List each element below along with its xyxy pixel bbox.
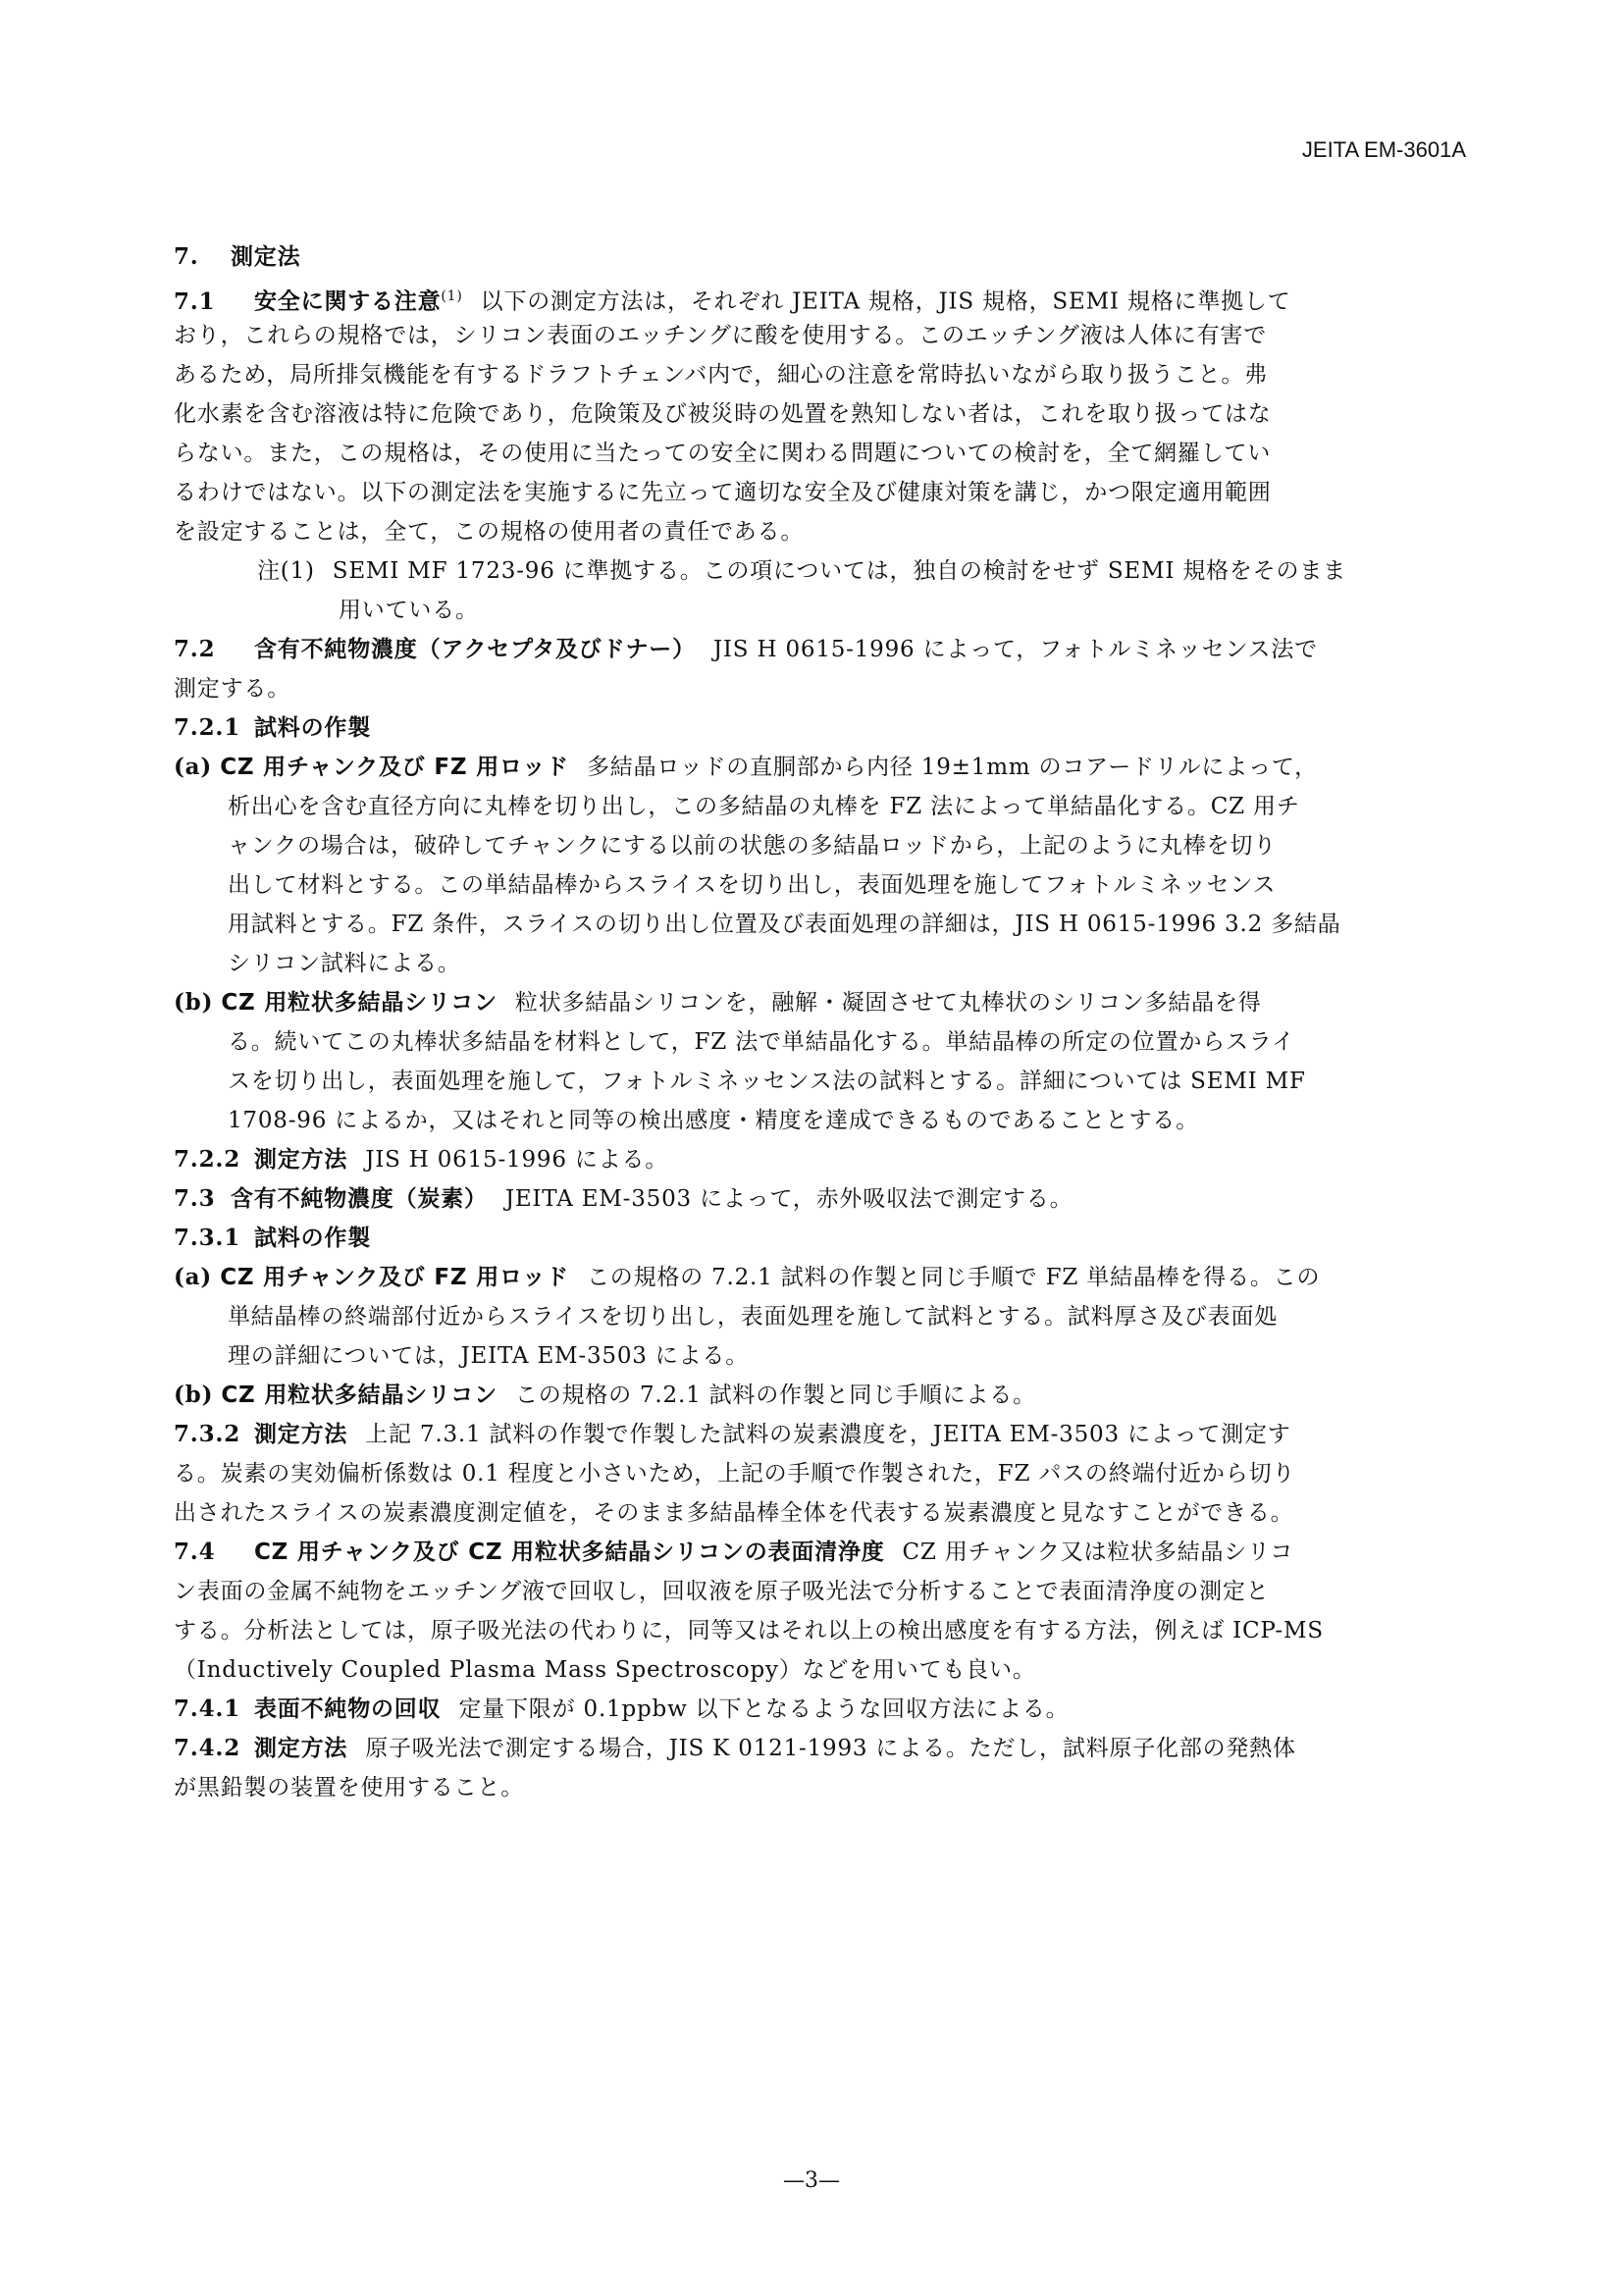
paragraph-text: 上記 7.3.1 試料の作製で作製した試料の炭素濃度を，JEITA EM-350… [365, 1422, 1290, 1447]
section-title: CZ 用チャンク及び CZ 用粒状多結晶シリコンの表面清浄度 [254, 1539, 885, 1565]
paragraph-line: を設定することは，全て，この規格の使用者の責任である。 [174, 512, 1469, 551]
document-body: 7.測定法 7.1安全に関する注意(1)以下の測定方法は，それぞれ JEITA … [174, 237, 1469, 1807]
item-line: る。続いてこの丸棒状多結晶を材料として，FZ 法で単結晶化する。単結晶棒の所定の… [174, 1022, 1469, 1062]
section-7-2-line-1: 7.2含有不純物濃度（アクセプタ及びドナー）JIS H 0615-1996 によ… [174, 630, 1469, 669]
section-number: 7.4 [174, 1533, 254, 1572]
item-b-line-1: (b) CZ 用粒状多結晶シリコン粒状多結晶シリコンを，融解・凝固させて丸棒状の… [174, 983, 1469, 1022]
paragraph-line: 化水素を含む溶液は特に危険であり，危険策及び被災時の処置を熟知しない者は，これを… [174, 394, 1469, 434]
section-7-3: 7.3含有不純物濃度（炭素）JEITA EM-3503 によって，赤外吸収法で測… [174, 1179, 1469, 1219]
item-title: CZ 用粒状多結晶シリコン [221, 990, 497, 1016]
paragraph-line: あるため，局所排気機能を有するドラフトチェンバ内で，細心の注意を常時払いながら取… [174, 355, 1469, 394]
paragraph-line: 測定する。 [174, 669, 1469, 708]
item-label: (b) [174, 1382, 213, 1408]
section-7-3-1-heading: 7.3.1試料の作製 [174, 1219, 1469, 1258]
paragraph-line: るわけではない。以下の測定法を実施するに先立って適切な安全及び健康対策を講じ，か… [174, 473, 1469, 512]
item-title: CZ 用チャンク及び FZ 用ロッド [220, 1265, 569, 1290]
page-number: —3— [0, 2168, 1623, 2193]
section-7-4-2-line-1: 7.4.2測定方法原子吸光法で測定する場合，JIS K 0121-1993 によ… [174, 1729, 1469, 1768]
item-text: この規格の 7.2.1 試料の作製と同じ手順で FZ 単結晶棒を得る。この [587, 1265, 1320, 1290]
paragraph-line: らない。また，この規格は，その使用に当たっての安全に関わる問題についての検討を，… [174, 434, 1469, 473]
paragraph-line: が黒鉛製の装置を使用すること。 [174, 1768, 1469, 1807]
paragraph-line: る。炭素の実効偏析係数は 0.1 程度と小さいため，上記の手順で作製された，FZ… [174, 1454, 1469, 1493]
footnote-line-1: 注(1)SEMI MF 1723-96 に準拠する。この項については，独自の検討… [174, 551, 1469, 591]
paragraph-text: CZ 用チャンク又は粒状多結晶シリコ [903, 1539, 1294, 1565]
section-7-2-1-heading: 7.2.1試料の作製 [174, 708, 1469, 748]
section-7-4-1: 7.4.1表面不純物の回収定量下限が 0.1ppbw 以下となるような回収方法に… [174, 1690, 1469, 1729]
item-line: 出して材料とする。この単結晶棒からスライスを切り出し，表面処理を施してフォトルミ… [174, 865, 1469, 905]
footnote-line-2: 用いている。 [174, 591, 1469, 630]
paragraph-line: おり，これらの規格では，シリコン表面のエッチングに酸を使用する。このエッチング液… [174, 316, 1469, 355]
section-title: 表面不純物の回収 [254, 1696, 441, 1722]
section-number: 7.4.1 [174, 1690, 254, 1729]
item-a-line-1: (a) CZ 用チャンク及び FZ 用ロッドこの規格の 7.2.1 試料の作製と… [174, 1258, 1469, 1297]
section-title: 試料の作製 [254, 715, 371, 741]
section-title: 安全に関する注意 [254, 289, 441, 315]
item-text: 多結晶ロッドの直胴部から内径 19±1mm のコアードリルによって， [587, 755, 1318, 780]
section-number: 7.3.2 [174, 1415, 254, 1454]
item-line: 析出心を含む直径方向に丸棒を切り出し，この多結晶の丸棒を FZ 法によって単結晶… [174, 787, 1469, 826]
section-number: 7.3 [174, 1179, 231, 1219]
section-number: 7. [174, 237, 231, 277]
section-title: 試料の作製 [254, 1226, 371, 1251]
item-line: 用試料とする。FZ 条件，スライスの切り出し位置及び表面処理の詳細は，JIS H… [174, 905, 1469, 944]
item-line: 1708-96 によるか，又はそれと同等の検出感度・精度を達成できるものであるこ… [174, 1101, 1469, 1140]
section-number: 7.2.1 [174, 708, 254, 748]
footnote-label: 注(1) [257, 558, 315, 584]
section-title: 測定方法 [254, 1147, 347, 1173]
document-id-header: JEITA EM-3601A [1302, 137, 1466, 163]
item-line: 単結晶棒の終端部付近からスライスを切り出し，表面処理を施して試料とする。試料厚さ… [174, 1297, 1469, 1336]
paragraph-text: JIS H 0615-1996 による。 [365, 1147, 668, 1173]
section-title: 含有不純物濃度（アクセプタ及びドナー） [254, 637, 696, 662]
item-title: CZ 用粒状多結晶シリコン [221, 1383, 497, 1408]
footnote-ref: (1) [441, 288, 462, 304]
paragraph-text: 定量下限が 0.1ppbw 以下となるような回収方法による。 [458, 1696, 1069, 1722]
item-line: 理の詳細については，JEITA EM-3503 による。 [174, 1336, 1469, 1376]
paragraph-line: ン表面の金属不純物をエッチング液で回収し，回収液を原子吸光法で分析することで表面… [174, 1572, 1469, 1611]
paragraph-line: 出されたスライスの炭素濃度測定値を，そのまま多結晶棒全体を代表する炭素濃度と見な… [174, 1493, 1469, 1533]
section-7-4-line-1: 7.4CZ 用チャンク及び CZ 用粒状多結晶シリコンの表面清浄度CZ 用チャン… [174, 1533, 1469, 1572]
section-title: 含有不純物濃度（炭素） [231, 1186, 488, 1212]
section-number: 7.3.1 [174, 1219, 254, 1258]
paragraph-line: する。分析法としては，原子吸光法の代わりに，同等又はそれ以上の検出感度を有する方… [174, 1611, 1469, 1650]
section-number: 7.2 [174, 630, 254, 669]
item-label: (b) [174, 989, 213, 1016]
paragraph-text: JEITA EM-3503 によって，赤外吸収法で測定する。 [505, 1186, 1073, 1212]
section-7-2-2: 7.2.2測定方法JIS H 0615-1996 による。 [174, 1140, 1469, 1179]
item-label: (a) [174, 1264, 212, 1290]
section-title: 測定方法 [254, 1736, 347, 1761]
paragraph-line: （Inductively Coupled Plasma Mass Spectro… [174, 1650, 1469, 1690]
paragraph-text: 以下の測定方法は，それぞれ JEITA 規格，JIS 規格，SEMI 規格に準拠… [481, 289, 1291, 315]
item-text: 粒状多結晶シリコンを，融解・凝固させて丸棒状のシリコン多結晶を得 [515, 990, 1262, 1016]
section-7-3-2-line-1: 7.3.2測定方法上記 7.3.1 試料の作製で作製した試料の炭素濃度を，JEI… [174, 1415, 1469, 1454]
item-line: シリコン試料による。 [174, 944, 1469, 983]
footnote-text: SEMI MF 1723-96 に準拠する。この項については，独自の検討をせず … [333, 558, 1346, 584]
item-b-line-1: (b) CZ 用粒状多結晶シリコンこの規格の 7.2.1 試料の作製と同じ手順に… [174, 1376, 1469, 1415]
section-7-1-line-1: 7.1安全に関する注意(1)以下の測定方法は，それぞれ JEITA 規格，JIS… [174, 277, 1469, 316]
item-title: CZ 用チャンク及び FZ 用ロッド [220, 755, 569, 780]
paragraph-text: JIS H 0615-1996 によって，フォトルミネッセンス法で [713, 637, 1318, 662]
paragraph-text: 原子吸光法で測定する場合，JIS K 0121-1993 による。ただし，試料原… [365, 1736, 1296, 1761]
item-line: ャンクの場合は，破砕してチャンクにする以前の状態の多結晶ロッドから，上記のように… [174, 826, 1469, 865]
item-label: (a) [174, 754, 212, 780]
item-a-line-1: (a) CZ 用チャンク及び FZ 用ロッド多結晶ロッドの直胴部から内径 19±… [174, 748, 1469, 787]
item-line: スを切り出し，表面処理を施して，フォトルミネッセンス法の試料とする。詳細について… [174, 1062, 1469, 1101]
section-title: 測定法 [231, 244, 300, 270]
section-number: 7.2.2 [174, 1140, 254, 1179]
section-title: 測定方法 [254, 1422, 347, 1447]
section-number: 7.4.2 [174, 1729, 254, 1768]
item-text: この規格の 7.2.1 試料の作製と同じ手順による。 [515, 1383, 1036, 1408]
section-heading-7: 7.測定法 [174, 237, 1469, 277]
